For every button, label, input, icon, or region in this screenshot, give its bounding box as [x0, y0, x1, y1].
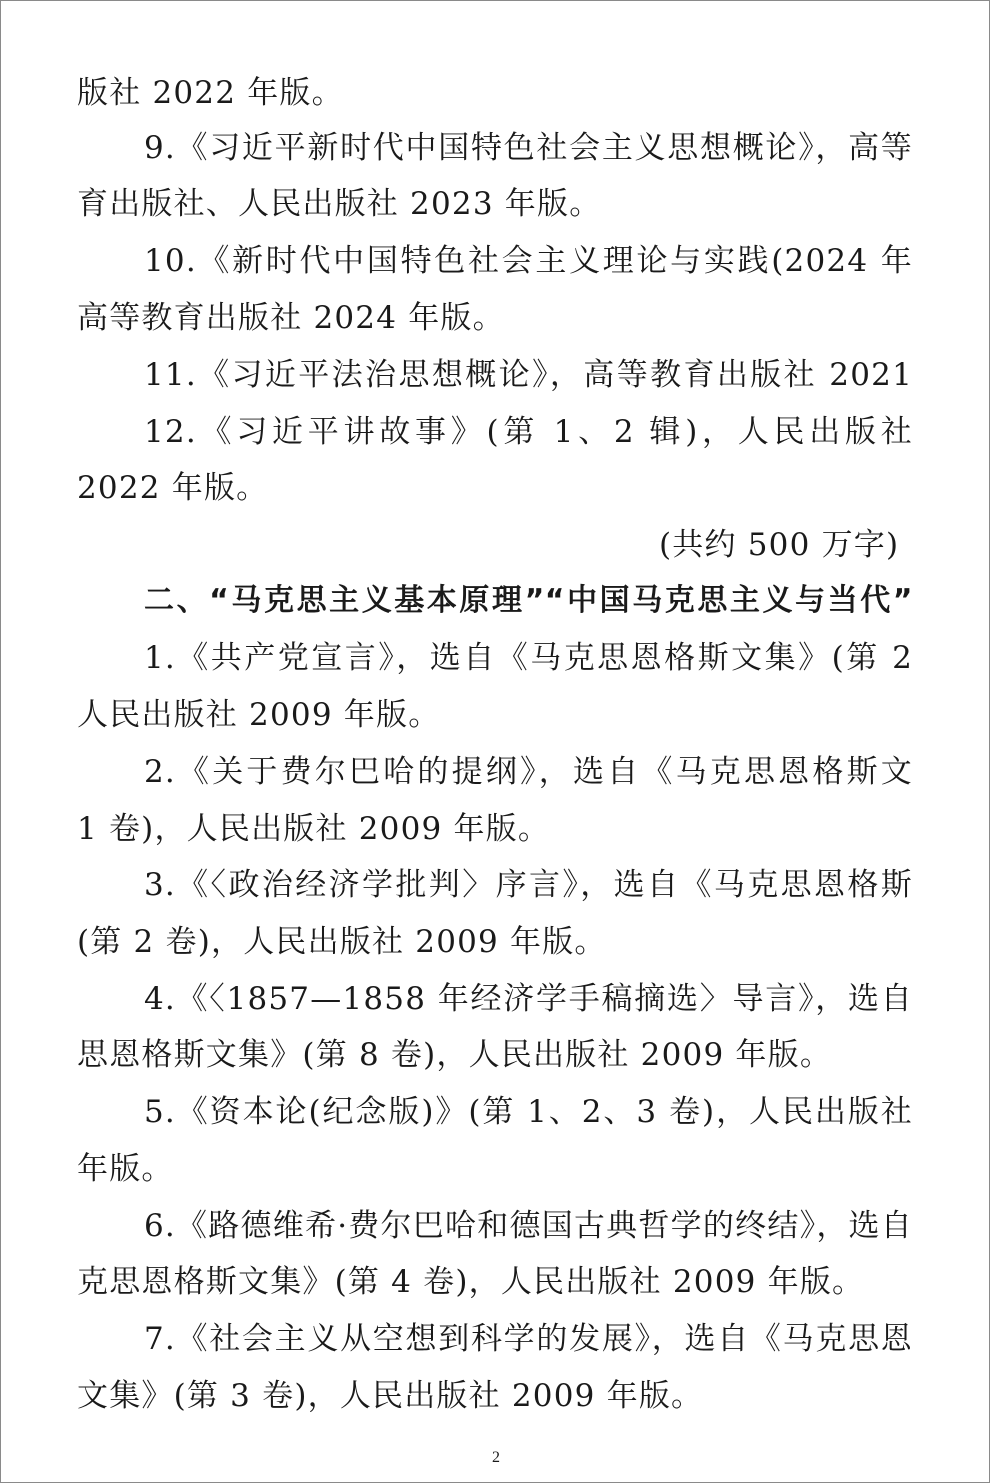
- text-line: 7.《社会主义从空想到科学的发展》，选自《马克思恩格斯: [144, 1319, 913, 1359]
- text-line: 9.《习近平新时代中国特色社会主义思想概论》，高等教: [144, 128, 913, 168]
- text-line: 2022 年版。: [77, 468, 268, 508]
- text-line: 年版。: [77, 1149, 174, 1189]
- text-line: 10.《新时代中国特色社会主义理论与实践(2024 年版)》，: [144, 241, 913, 281]
- text-line: 克思恩格斯文集》(第 4 卷)，人民出版社 2009 年版。: [77, 1262, 864, 1302]
- text-line: 人民出版社 2009 年版。: [77, 695, 440, 735]
- text-line: 1 卷)，人民出版社 2009 年版。: [77, 809, 550, 849]
- text-line: 11.《习近平法治思想概论》，高等教育出版社 2021 年版。: [144, 355, 913, 395]
- text-line: 6.《路德维希·费尔巴哈和德国古典哲学的终结》，选自《马: [144, 1206, 913, 1246]
- text-line: 5.《资本论(纪念版)》(第 1、2、3 卷)，人民出版社 2018: [144, 1092, 913, 1132]
- text-line: 12.《习近平讲故事》(第 1、2 辑)，人民出版社 2017、: [144, 412, 913, 452]
- text-line: (第 2 卷)，人民出版社 2009 年版。: [77, 922, 607, 962]
- text-line: 育出版社、人民出版社 2023 年版。: [77, 184, 601, 224]
- document-page: 版社 2022 年版。9.《习近平新时代中国特色社会主义思想概论》，高等教育出版…: [0, 0, 990, 1483]
- text-line: 1.《共产党宣言》，选自《马克思恩格斯文集》(第 2 卷)，: [144, 638, 913, 678]
- section-heading: 二、“马克思主义基本原理”“中国马克思主义与当代”: [144, 581, 913, 621]
- text-line: 4.《〈1857—1858 年经济学手稿摘选〉导言》，选自《马克: [144, 979, 913, 1019]
- text-line: 2.《关于费尔巴哈的提纲》，选自《马克思恩格斯文集》(第: [144, 752, 913, 792]
- text-line: 高等教育出版社 2024 年版。: [77, 298, 505, 338]
- text-line: 3.《〈政治经济学批判〉序言》，选自《马克思恩格斯文集》: [144, 865, 913, 905]
- text-line: (共约 500 万字): [659, 525, 899, 565]
- text-line: 思恩格斯文集》(第 8 卷)，人民出版社 2009 年版。: [77, 1035, 832, 1075]
- page-number: 2: [1, 1449, 990, 1467]
- text-line: 版社 2022 年版。: [77, 73, 344, 113]
- text-line: 文集》(第 3 卷)，人民出版社 2009 年版。: [77, 1376, 703, 1416]
